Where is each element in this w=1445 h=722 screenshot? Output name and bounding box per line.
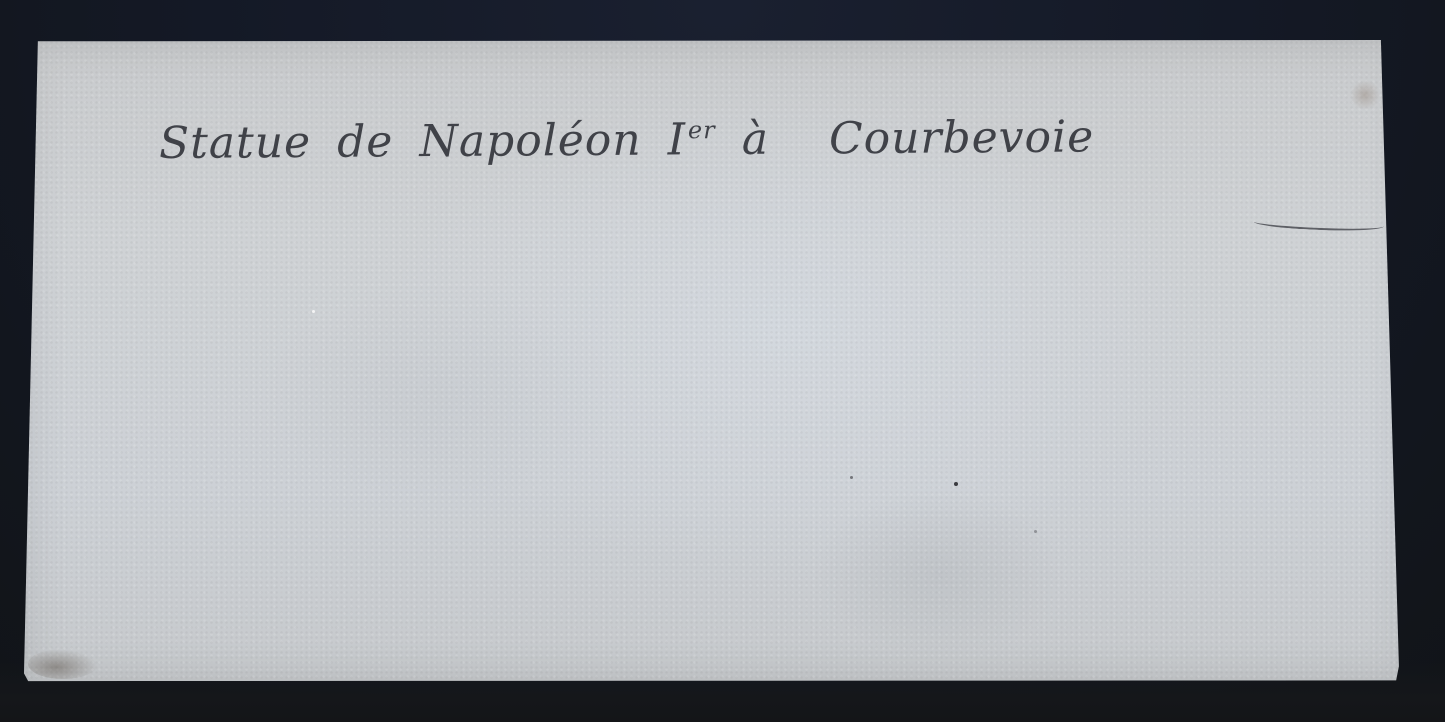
corner-stain <box>1350 80 1380 110</box>
inscription-superscript: er <box>688 116 716 144</box>
inscription-word: à <box>742 114 770 165</box>
ink-speck <box>1034 530 1037 533</box>
inscription-word: Statue <box>159 117 311 169</box>
pen-flourish <box>1254 215 1384 234</box>
card-back: StatuedeNapoléonIeràCourbevoie <box>24 40 1410 683</box>
inscription-roman-numeral: I <box>667 114 686 165</box>
corner-wear-stain <box>28 649 98 679</box>
handwritten-inscription: StatuedeNapoléonIeràCourbevoie <box>159 109 1379 169</box>
ink-speck <box>954 482 958 486</box>
inscription-word: Napoléon <box>419 115 642 168</box>
ink-speck <box>850 476 853 479</box>
paper-speck <box>312 310 315 313</box>
inscription-word: Courbevoie <box>829 111 1095 164</box>
inscription-word: de <box>337 116 394 167</box>
